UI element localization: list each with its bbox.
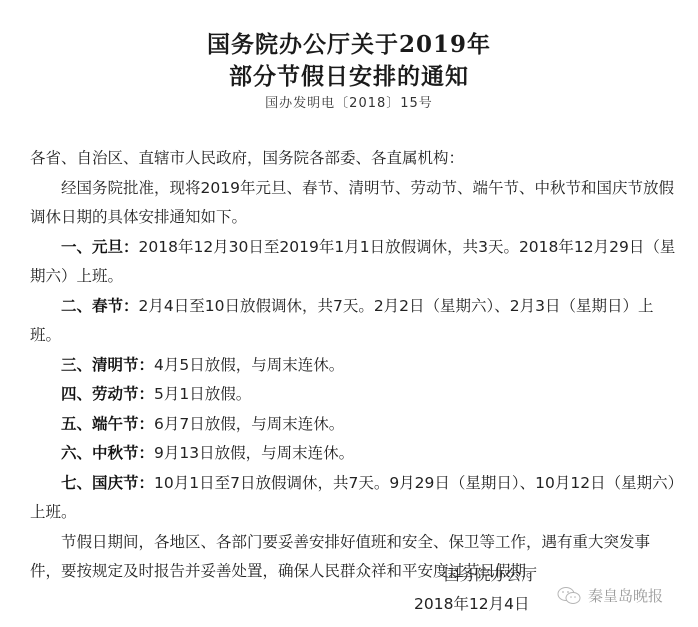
document-title-line-2: 部分节假日安排的通知 xyxy=(0,58,698,91)
holiday-label: 四、劳动节： xyxy=(61,385,154,403)
document-number: 国办发明电〔2018〕15号 xyxy=(0,92,698,111)
document-body: 各省、自治区、直辖市人民政府，国务院各部委、各直属机构： 经国务院批准，现将20… xyxy=(30,144,680,587)
holiday-item-labor-day: 四、劳动节：5月1日放假。 xyxy=(30,380,680,410)
watermark-text: 秦皇岛晚报 xyxy=(588,585,663,606)
watermark: 秦皇岛晚报 xyxy=(556,585,663,606)
holiday-label: 三、清明节： xyxy=(61,356,154,374)
holiday-label: 一、元旦： xyxy=(61,238,139,256)
holiday-detail: 4月5日放假，与周末连休。 xyxy=(154,356,344,374)
holiday-label: 六、中秋节： xyxy=(61,444,154,462)
holiday-item-mid-autumn: 六、中秋节：9月13日放假，与周末连休。 xyxy=(30,439,680,469)
salutation: 各省、自治区、直辖市人民政府，国务院各部委、各直属机构： xyxy=(30,144,680,174)
holiday-label: 七、国庆节： xyxy=(61,474,154,492)
holiday-detail: 6月7日放假，与周末连休。 xyxy=(154,415,344,433)
holiday-item-spring-festival: 二、春节：2月4日至10日放假调休，共7天。2月2日（星期六）、2月3日（星期日… xyxy=(30,292,680,351)
holiday-label: 二、春节： xyxy=(61,297,139,315)
signature-organization: 国务院办公厅 xyxy=(444,563,537,585)
holiday-detail: 5月1日放假。 xyxy=(154,385,251,403)
holiday-label: 五、端午节： xyxy=(61,415,154,433)
holiday-item-new-year: 一、元旦：2018年12月30日至2019年1月1日放假调休，共3天。2018年… xyxy=(30,233,680,292)
wechat-icon xyxy=(556,586,582,606)
intro-paragraph: 经国务院批准，现将2019年元旦、春节、清明节、劳动节、端午节、中秋节和国庆节放… xyxy=(30,174,680,233)
holiday-item-qingming: 三、清明节：4月5日放假，与周末连休。 xyxy=(30,351,680,381)
document-title-line-1: 国务院办公厅关于2019年 xyxy=(0,26,698,59)
holiday-item-national-day: 七、国庆节：10月1日至7日放假调休，共7天。9月29日（星期日）、10月12日… xyxy=(30,469,680,528)
signature-date: 2018年12月4日 xyxy=(414,592,530,614)
holiday-item-dragon-boat: 五、端午节：6月7日放假，与周末连休。 xyxy=(30,410,680,440)
holiday-detail: 9月13日放假，与周末连休。 xyxy=(154,444,354,462)
closing-paragraph: 节假日期间，各地区、各部门要妥善安排好值班和安全、保卫等工作，遇有重大突发事件，… xyxy=(30,528,680,587)
